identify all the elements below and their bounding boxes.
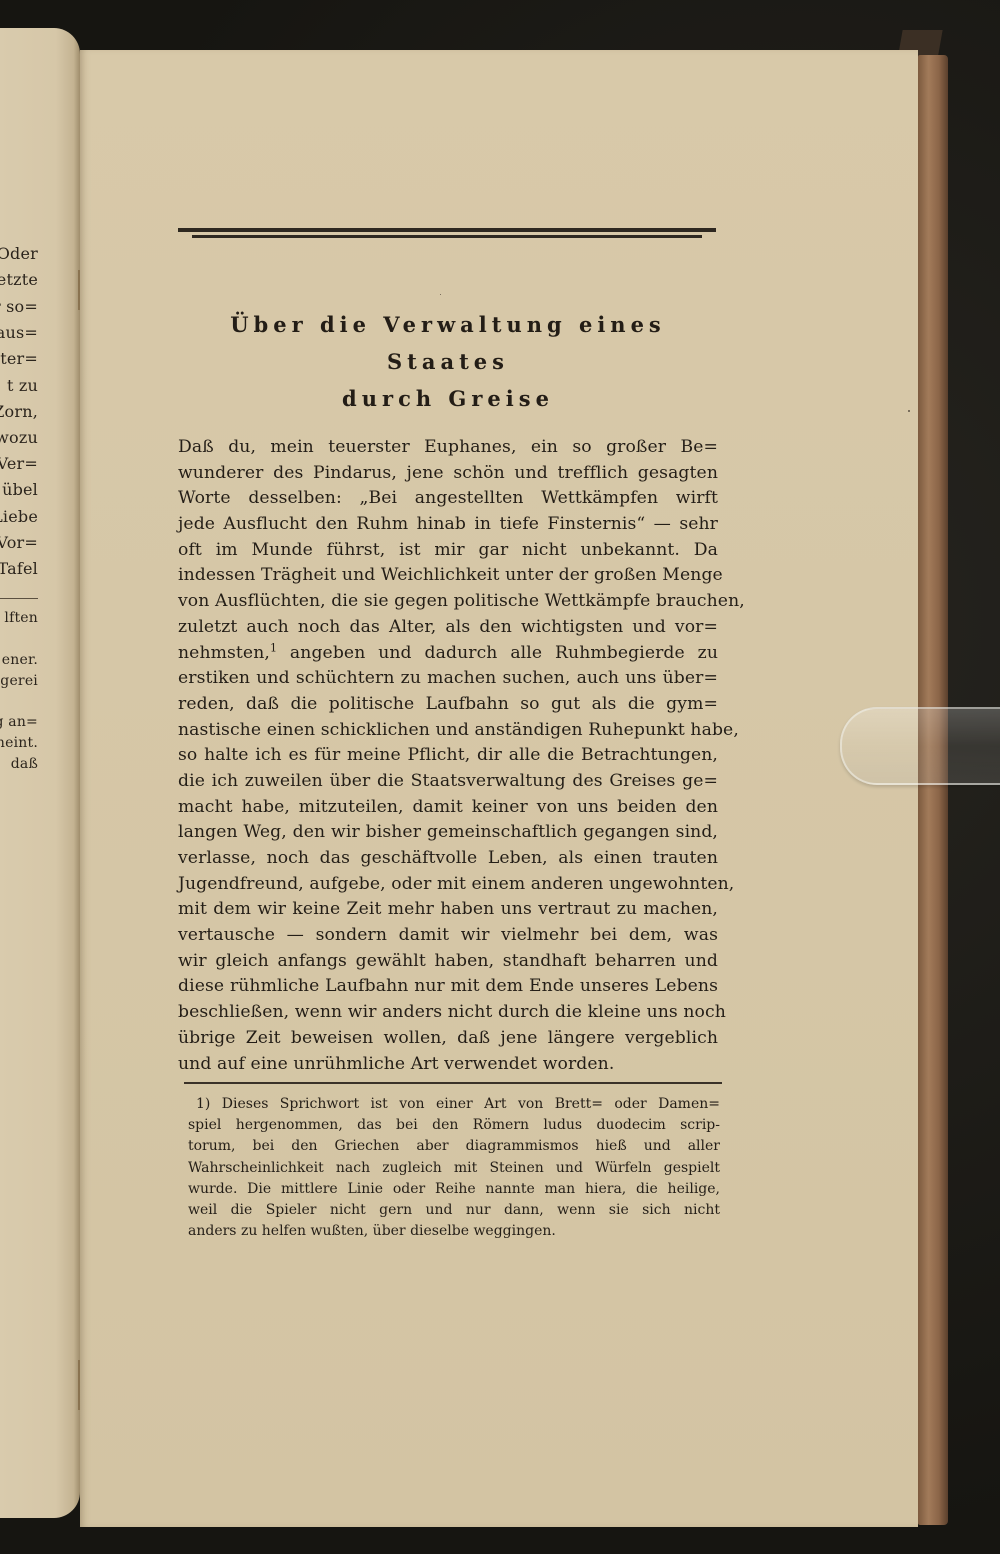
body-line: jede Ausflucht den Ruhm hinab in tiefe F… — [178, 512, 718, 538]
body-line: wir gleich anfangs gewählt haben, standh… — [178, 949, 718, 975]
left-page-fragment: neint. — [0, 735, 38, 751]
left-page-fragment: ener. — [2, 652, 38, 668]
body-paragraph: Daß du, mein teuerster Euphanes, ein so … — [178, 435, 718, 1077]
decorative-double-rule — [178, 228, 718, 238]
chapter-title-line-2: durch Greise — [178, 380, 718, 417]
left-page-fragment: r so= — [0, 297, 38, 316]
footnote-reference[interactable]: 1 — [270, 641, 277, 654]
body-line: von Ausflüchten, die sie gegen politisch… — [178, 589, 718, 615]
glass-page-weight[interactable] — [840, 707, 1000, 785]
body-line: langen Weg, den wir bisher gemeinschaftl… — [178, 820, 718, 846]
footnote-line: spiel hergenommen, das bei den Römern lu… — [188, 1115, 720, 1136]
footnote-line: anders zu helfen wußten, über dieselbe w… — [188, 1221, 720, 1242]
body-line: nastische einen schicklichen und anständ… — [178, 718, 718, 744]
chapter-title: Über die Verwaltung eines Staates durch … — [178, 306, 718, 417]
left-page-fragment: wozu — [0, 428, 38, 447]
left-page-fragment: Liebe — [0, 507, 38, 526]
body-line-with-footnote: nehmsten,1 angeben und dadurch alle Ruhm… — [178, 641, 718, 667]
left-page-fragment: Vor= — [0, 533, 38, 552]
body-line: erstiken und schüchtern zu machen suchen… — [178, 666, 718, 692]
body-line: übrige Zeit beweisen wollen, daß jene lä… — [178, 1026, 718, 1052]
body-line: beschließen, wenn wir anders nicht durch… — [178, 1000, 718, 1026]
left-page-fragment: Tafel — [0, 559, 38, 578]
book-cover-edge — [918, 55, 948, 1525]
body-line: Worte desselben: „Bei angestellten Wettk… — [178, 486, 718, 512]
left-page-fragment: daß — [11, 756, 38, 772]
body-line: verlasse, noch das geschäftvolle Leben, … — [178, 846, 718, 872]
body-line: macht habe, mitzuteilen, damit keiner vo… — [178, 795, 718, 821]
left-page-fragment: Oder — [0, 244, 38, 263]
body-line: diese rühmliche Laufbahn nur mit dem End… — [178, 974, 718, 1000]
right-page: Über die Verwaltung eines Staates durch … — [80, 50, 918, 1527]
left-page-fragment: Zorn, — [0, 402, 38, 421]
left-page-fragment: aus= — [0, 323, 38, 342]
body-line: wunderer des Pindarus, jene schön und tr… — [178, 461, 718, 487]
footnote-line: wurde. Die mittlere Linie oder Reihe nan… — [188, 1179, 720, 1200]
body-line: und auf eine unrühmliche Art verwendet w… — [178, 1052, 718, 1078]
body-line: die ich zuweilen über die Staatsverwaltu… — [178, 769, 718, 795]
footnote-line: weil die Spieler nicht gern und nur dann… — [188, 1200, 720, 1221]
body-line: Daß du, mein teuerster Euphanes, ein so … — [178, 435, 718, 461]
chapter-title-line-1: Über die Verwaltung eines Staates — [178, 306, 718, 380]
paper-speck — [440, 294, 441, 295]
body-line: mit dem wir keine Zeit mehr haben uns ve… — [178, 897, 718, 923]
body-line: reden, daß die politische Laufbahn so gu… — [178, 692, 718, 718]
footnote-line: 1) Dieses Sprichwort ist von einer Art v… — [188, 1094, 720, 1115]
left-page-fragment: g an= — [0, 714, 38, 730]
body-line: oft im Munde führst, ist mir gar nicht u… — [178, 538, 718, 564]
left-page-fragment: letzte — [0, 270, 38, 289]
left-page-fragment: lgerei — [0, 673, 38, 689]
body-line-start: nehmsten, — [178, 643, 270, 663]
left-footnote-rule — [0, 598, 38, 599]
left-page-fragment: Ver= — [0, 454, 38, 473]
body-line: so halte ich es für meine Pflicht, dir a… — [178, 743, 718, 769]
body-line-rest: angeben und dadurch alle Ruhmbegierde zu — [277, 643, 718, 663]
body-line: vertausche — sondern damit wir vielmehr … — [178, 923, 718, 949]
left-page: Oder letzte r so= aus= ster= t zu Zorn, … — [0, 28, 80, 1518]
body-line: Jugendfreund, aufgebe, oder mit einem an… — [178, 872, 718, 898]
body-line: zuletzt auch noch das Alter, als den wic… — [178, 615, 718, 641]
left-page-fragment: ster= — [0, 349, 38, 368]
left-page-fragment: übel — [2, 480, 38, 499]
footnote-line: torum, bei den Griechen aber diagrammism… — [188, 1136, 720, 1157]
left-page-fragment: lften — [4, 610, 38, 626]
paper-speck — [908, 410, 910, 412]
footnote: 1) Dieses Sprichwort ist von einer Art v… — [188, 1094, 720, 1242]
footnote-separator — [184, 1082, 722, 1084]
left-page-fragment: t zu — [7, 376, 38, 395]
footnote-line: Wahrscheinlichkeit nach zugleich mit Ste… — [188, 1158, 720, 1179]
body-line: indessen Trägheit und Weichlichkeit unte… — [178, 563, 718, 589]
